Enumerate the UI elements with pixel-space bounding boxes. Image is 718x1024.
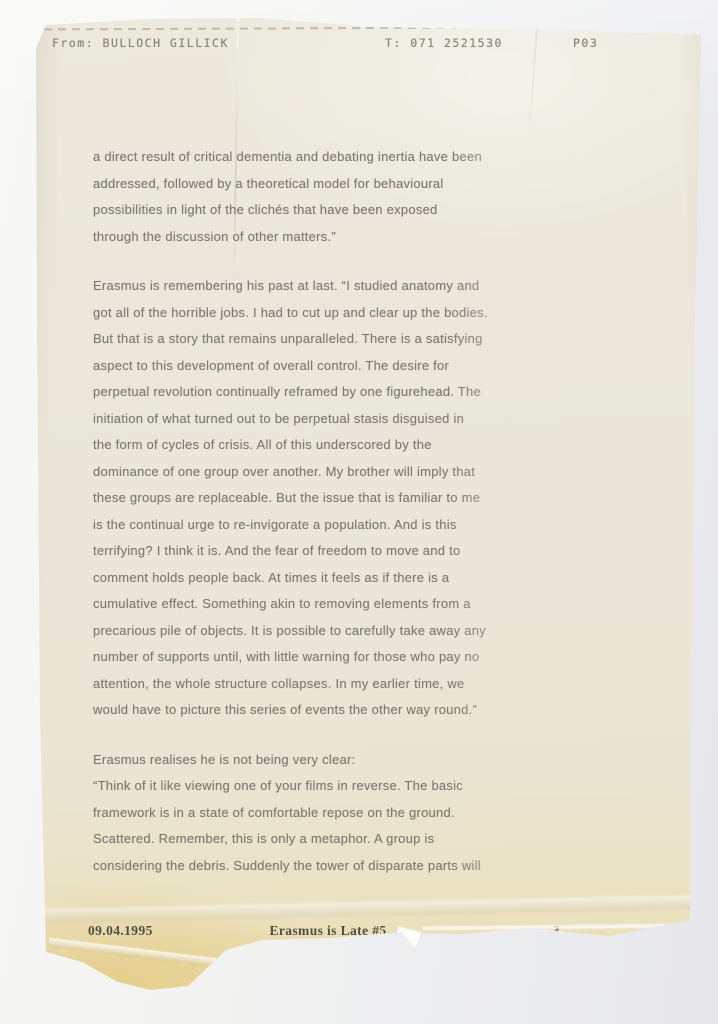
fax-phone-number: T: 071 2521530 — [385, 36, 503, 50]
paragraph-3: Erasmus realises he is not being very cl… — [93, 747, 573, 880]
scanned-fax-page: From: BULLOCH GILLICK T: 071 2521530 P03… — [30, 14, 706, 992]
fax-from-label: From: BULLOCH GILLICK — [52, 36, 229, 50]
fax-header: From: BULLOCH GILLICK T: 071 2521530 P03 — [30, 36, 706, 52]
letter-body: a direct result of critical dementia and… — [93, 144, 573, 902]
paragraph-1: a direct result of critical dementia and… — [93, 144, 573, 250]
fax-page-code: P03 — [573, 36, 598, 50]
photo-background: From: BULLOCH GILLICK T: 071 2521530 P03… — [0, 0, 718, 1024]
perforation-dashed-line — [44, 26, 696, 31]
paragraph-2: Erasmus is remembering his past at last.… — [93, 273, 573, 724]
bottom-left-fold-highlight — [48, 938, 282, 976]
